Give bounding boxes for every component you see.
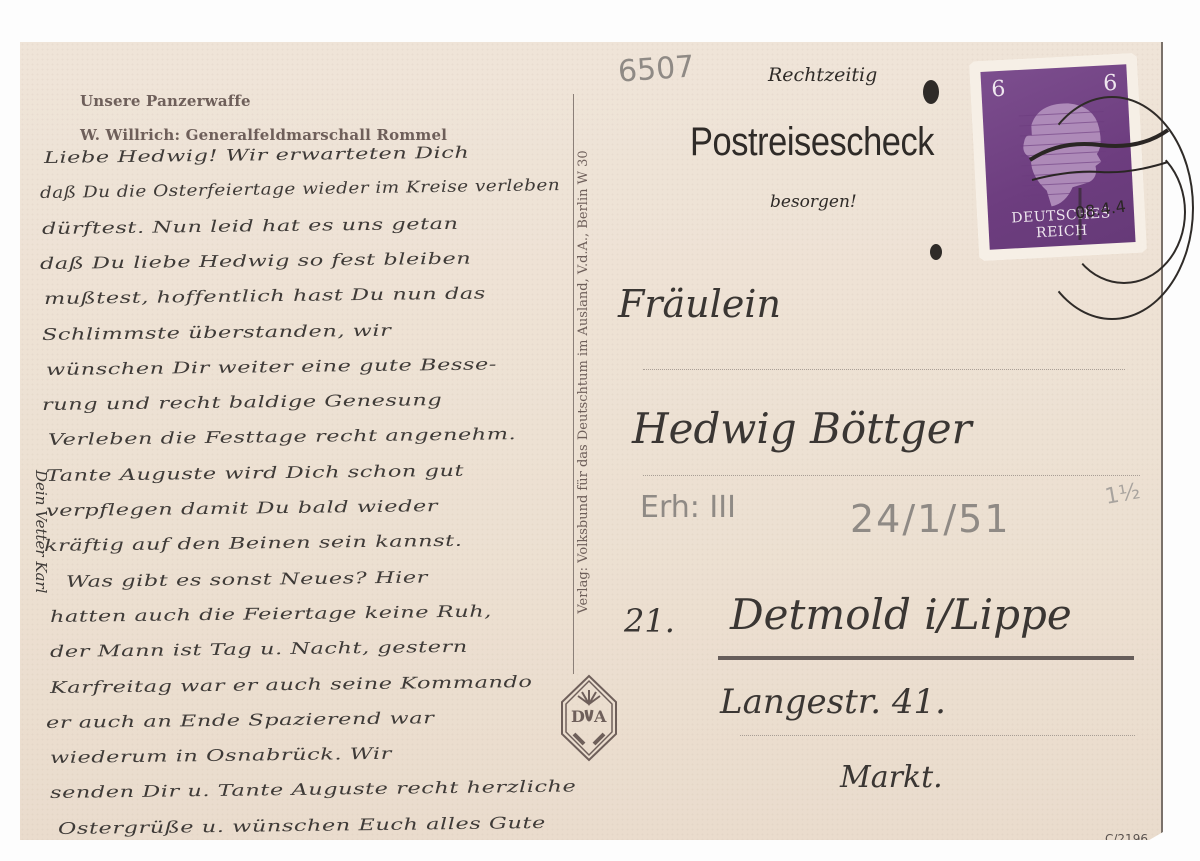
message-line: rung und recht baldige Genesung <box>42 390 443 414</box>
cancel-bottom-line: besorgen! <box>770 192 857 212</box>
city-underline <box>718 656 1134 660</box>
svg-text:A: A <box>593 707 607 726</box>
address-street: Langestr. 41. <box>720 682 946 722</box>
message-line: Verleben die Festtage recht angenehm. <box>48 425 517 450</box>
address-postal-code: 21. <box>624 602 675 640</box>
message-line: Karfreitag war er auch seine Kommando <box>50 671 533 696</box>
series-title: Unsere Panzerwaffe <box>80 92 251 110</box>
message-line: senden Dir u. Tante Auguste recht herzli… <box>50 777 577 803</box>
message-line: kräftig auf den Beinen sein kannst. <box>44 531 463 555</box>
message-line: Liebe Hedwig! Wir erwarteten Dich <box>44 143 470 167</box>
message-line: wiederum in Osnabrück. Wir <box>50 744 392 767</box>
publisher-imprint: Verlag: Volksbund für das Deutschtum im … <box>576 82 596 682</box>
message-line: Ostergrüße u. wünschen Euch alles Gute <box>58 813 546 838</box>
margin-note: Dein Vetter Karl <box>32 470 50 593</box>
vda-emblem-icon: D A <box>558 674 620 762</box>
pencil-archive-number: 6507 <box>617 49 696 89</box>
message-line: Tante Auguste wird Dich schon gut <box>46 460 464 484</box>
address-line-4 <box>740 735 1135 736</box>
postmark-wavy-lines <box>1020 110 1170 250</box>
message-line: hatten auch die Feiertage keine Ruh, <box>50 601 492 626</box>
pencil-mark-date: 24/1/51 <box>850 497 1011 541</box>
message-line: verpflegen damit Du bald wieder <box>46 496 439 520</box>
pencil-mark-erh: Erh: III <box>640 490 736 525</box>
address-city: Detmold i/Lippe <box>730 590 1072 639</box>
message-line: er auch an Ende Spazierend war <box>46 708 435 732</box>
center-divider <box>573 94 574 674</box>
address-note: Markt. <box>840 760 943 795</box>
artwork-caption: W. Willrich: Generalfeldmarschall Rommel <box>80 126 447 144</box>
ink-blot <box>930 244 942 260</box>
message-line: mußtest, hoffentlich hast Du nun das <box>44 284 486 309</box>
print-code: C/2196 <box>1105 832 1148 846</box>
address-name: Hedwig Böttger <box>632 404 972 453</box>
cancel-slogan: Postreisescheck <box>690 120 934 165</box>
message-line: daß Du liebe Hedwig so fest bleiben <box>40 249 472 273</box>
address-line-2 <box>643 475 1140 476</box>
message-line: dürftest. Nun leid hat es uns getan <box>42 213 459 237</box>
logo-code: E 37 <box>588 844 618 859</box>
message-line: der Mann ist Tag u. Nacht, gestern <box>50 637 468 661</box>
ink-blot <box>923 80 939 104</box>
svg-text:D: D <box>571 707 585 726</box>
stamp-value-left: 6 <box>991 77 1006 103</box>
message-line: wünschen Dir weiter eine gute Besse- <box>46 354 497 379</box>
message-line: daß Du die Osterfeiertage wieder im Krei… <box>40 175 561 202</box>
message-line: Schlimmste überstanden, wir <box>42 320 392 343</box>
cancel-top-line: Rechtzeitig <box>768 64 877 86</box>
address-salutation: Fräulein <box>618 282 781 326</box>
pencil-mark-fraction: 1½ <box>1103 479 1142 510</box>
address-line-1 <box>643 369 1125 370</box>
message-line: Was gibt es sonst Neues? Hier <box>66 567 428 591</box>
